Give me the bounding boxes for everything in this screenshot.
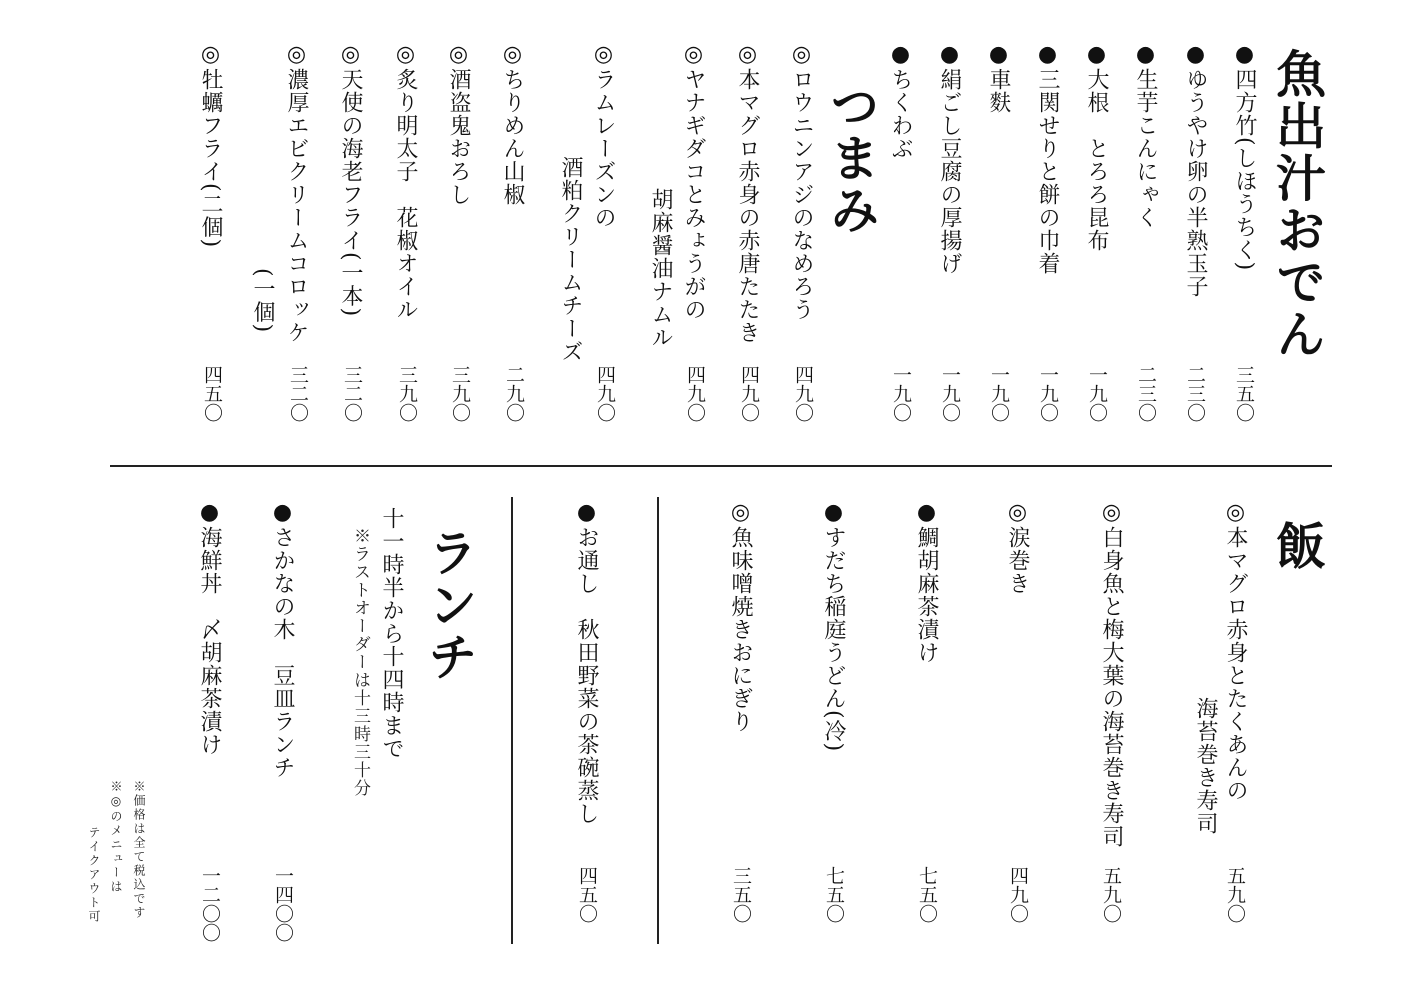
tsumami-item: ◎ヤナギダコとみょうがの [682, 42, 704, 321]
bullet-icon: ● [1232, 42, 1257, 68]
lunch-price: 一四〇〇 [273, 866, 292, 942]
otoshi-item: ●お通し 秋田野菜の茶碗蒸し [575, 500, 597, 825]
oden-price: 二三〇 [1185, 365, 1204, 422]
oden-item: ●三関せりと餅の巾着 [1036, 42, 1058, 275]
oden-item: ●車麩 [987, 42, 1009, 114]
tsumami-item: ◎本マグロ赤身の赤唐たたき [736, 42, 758, 344]
otoshi-price: 四五〇 [577, 866, 596, 923]
double-circle-icon: ◎ [1005, 500, 1030, 526]
tsumami-item: ◎ロウニンアジのなめろう [790, 42, 812, 321]
tsumami-item: ◎天使の海老フライ(一本) [339, 42, 361, 317]
bullet-icon: ● [937, 42, 962, 68]
bullet-icon: ● [574, 500, 599, 526]
meshi-price: 七五〇 [917, 866, 936, 923]
tsumami-price: 四九〇 [739, 365, 758, 422]
lunch-item: ●海鮮丼 〆胡麻茶漬け [198, 500, 220, 756]
double-circle-icon: ◎ [1223, 500, 1248, 526]
meshi-price: 四九〇 [1008, 866, 1027, 923]
meshi-item-sub: 海苔巻き寿司 [1194, 697, 1216, 835]
double-circle-icon: ◎ [1099, 500, 1124, 526]
bullet-icon: ● [914, 500, 939, 526]
takeout-note: ※◎のメニューは [110, 780, 122, 894]
double-circle-icon: ◎ [728, 500, 753, 526]
oden-price: 一九〇 [989, 365, 1008, 422]
meshi-price: 五九〇 [1225, 866, 1244, 923]
tsumami-price: 四九〇 [595, 365, 614, 422]
tsumami-item: ◎牡蠣フライ(二個) [199, 42, 221, 248]
lunch-item: ●さかなの木 豆皿ランチ [271, 500, 293, 779]
double-circle-icon: ◎ [338, 42, 363, 68]
oden-title: 魚出汁おでん [1272, 48, 1322, 360]
bullet-icon: ● [1133, 42, 1158, 68]
oden-price: 一九〇 [1087, 365, 1106, 422]
oden-item: ●生芋こんにゃく [1134, 42, 1156, 229]
meshi-item: ◎魚味噌焼きおにぎり [729, 500, 751, 733]
double-circle-icon: ◎ [500, 42, 525, 68]
tsumami-item: ◎濃厚エビクリームコロッケ [285, 42, 307, 344]
tsumami-price: 四九〇 [793, 365, 812, 422]
oden-item: ●大根 とろろ昆布 [1085, 42, 1107, 252]
meshi-item: ●すだち稲庭うどん(冷) [822, 500, 844, 752]
bullet-icon: ● [986, 42, 1011, 68]
meshi-title: 飯 [1272, 520, 1322, 572]
lunch-title: ランチ [424, 527, 474, 683]
double-circle-icon: ◎ [198, 42, 223, 68]
tsumami-item: ◎炙り明太子 花椒オイル [394, 42, 416, 321]
double-circle-icon: ◎ [591, 42, 616, 68]
double-circle-icon: ◎ [735, 42, 760, 68]
tsumami-item-sub: 胡麻醤油ナムル [649, 188, 671, 349]
double-circle-icon: ◎ [681, 42, 706, 68]
double-circle-icon: ◎ [284, 42, 309, 68]
oden-item: ●ちくわぶ [889, 42, 911, 160]
lunch-last-order: ※ラストオーダーは十三時三十分 [351, 527, 368, 797]
vertical-divider [511, 497, 513, 944]
horizontal-divider [110, 465, 1332, 467]
bullet-icon: ● [888, 42, 913, 68]
oden-price: 一九〇 [891, 365, 910, 422]
tsumami-price: 四五〇 [202, 365, 221, 422]
tsumami-price: 三二〇 [288, 365, 307, 422]
double-circle-icon: ◎ [393, 42, 418, 68]
bullet-icon: ● [1035, 42, 1060, 68]
tsumami-item: ◎ラムレーズンの [592, 42, 614, 229]
takeout-note-cont: テイクアウト可 [88, 826, 100, 924]
oden-item: ●絹ごし豆腐の厚揚げ [938, 42, 960, 275]
meshi-item: ◎涙巻き [1006, 500, 1028, 595]
bullet-icon: ● [1084, 42, 1109, 68]
meshi-price: 五九〇 [1101, 866, 1120, 923]
oden-price: 二三〇 [1136, 365, 1155, 422]
tsumami-item: ◎ちりめん山椒 [501, 42, 523, 206]
tsumami-price: 二九〇 [504, 365, 523, 422]
meshi-item: ●鯛胡麻茶漬け [915, 500, 937, 664]
meshi-price: 七五〇 [824, 866, 843, 923]
tsumami-item-sub: (一個) [251, 268, 273, 333]
tsumami-title: つまみ [826, 80, 876, 236]
meshi-item: ◎白身魚と梅大葉の海苔巻き寿司 [1100, 500, 1122, 848]
oden-price: 一九〇 [1038, 365, 1057, 422]
bullet-icon: ● [821, 500, 846, 526]
tsumami-price: 三九〇 [397, 365, 416, 422]
tsumami-price: 三二〇 [342, 365, 361, 422]
oden-item: ●ゆうやけ卵の半熟玉子 [1184, 42, 1206, 298]
oden-price: 三五〇 [1234, 365, 1253, 422]
oden-price: 一九〇 [940, 365, 959, 422]
lunch-price: 一二〇〇 [200, 866, 219, 942]
bullet-icon: ● [270, 500, 295, 526]
double-circle-icon: ◎ [789, 42, 814, 68]
oden-item: ●四方竹(しほうちく) [1233, 42, 1255, 271]
tsumami-item: ◎酒盗鬼おろし [447, 42, 469, 206]
double-circle-icon: ◎ [446, 42, 471, 68]
meshi-price: 三五〇 [731, 866, 750, 923]
bullet-icon: ● [1183, 42, 1208, 68]
tsumami-price: 三九〇 [450, 365, 469, 422]
tsumami-item-sub: 酒粕クリームチーズ [559, 156, 581, 363]
bullet-icon: ● [197, 500, 222, 526]
vertical-divider [657, 497, 659, 944]
tax-note: ※価格は全て税込です [133, 780, 145, 920]
meshi-item: ◎本マグロ赤身とたくあんの [1224, 500, 1246, 802]
lunch-hours: 十一時半から十四時まで [380, 507, 402, 760]
tsumami-price: 四九〇 [685, 365, 704, 422]
